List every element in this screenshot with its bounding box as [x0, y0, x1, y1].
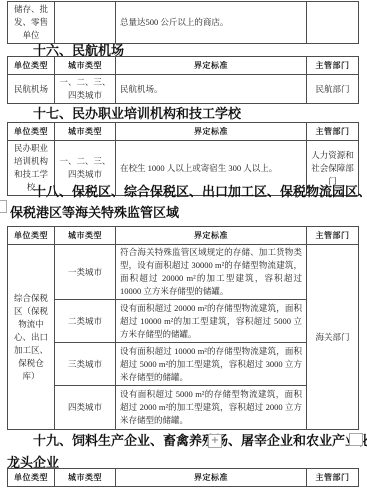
- header-city-type: 城市类型: [55, 57, 116, 75]
- header-standard: 界定标准: [116, 57, 307, 75]
- table-header-row: 单位类型 城市类型 界定标准 主管部门: [8, 123, 359, 141]
- previous-section-table: 储存、批发、零售单位 总量达500 公斤以上的商店。: [7, 1, 359, 44]
- cell-department: 民航部门: [307, 75, 359, 104]
- table-row: 民航机场 一、二、三、四类城市 民航机场。 民航部门: [8, 75, 359, 104]
- section-18-title-line1: 十八、保税区、综合保税区、出口加工区、保税物流园区、: [33, 184, 367, 199]
- section-19-table: 单位类型 城市类型 界定标准 主管部门: [7, 468, 359, 487]
- header-city-type: 城市类型: [55, 469, 116, 487]
- table-header-row: 单位类型 城市类型 界定标准 主管部门: [8, 57, 359, 75]
- cell-department: [307, 2, 359, 44]
- header-department: 主管部门: [307, 57, 359, 75]
- cell-unit-type: 储存、批发、零售单位: [8, 2, 55, 44]
- cell-city-type: 一类城市: [55, 245, 116, 300]
- cell-standard: 设有面积超过 20000 m²的存储型物流建筑，面积超过 10000 m²的加工…: [116, 300, 307, 343]
- section-16-table: 单位类型 城市类型 界定标准 主管部门 民航机场 一、二、三、四类城市 民航机场…: [7, 56, 359, 104]
- table-row: 二类城市 设有面积超过 20000 m²的存储型物流建筑，面积超过 10000 …: [8, 300, 359, 343]
- section-18-title-line2: 保税港区等海关特殊监管区域: [10, 205, 179, 220]
- document-page: 储存、批发、零售单位 总量达500 公斤以上的商店。 十六、民航机场 单位类型 …: [0, 0, 367, 491]
- table-header-row: 单位类型 城市类型 界定标准 主管部门: [8, 469, 359, 487]
- cell-standard: 设有面积超过 5000 m²的存储型物流建筑，面积超过 2000 m²的加工型建…: [116, 386, 307, 430]
- table-row: 四类城市 设有面积超过 5000 m²的存储型物流建筑，面积超过 2000 m²…: [8, 386, 359, 430]
- header-city-type: 城市类型: [55, 123, 116, 141]
- table-row: 储存、批发、零售单位 总量达500 公斤以上的商店。: [8, 2, 359, 44]
- table-row: 综合保税区（保税物流中心、出口加工区、保税仓库） 一类城市 符合海关特殊监管区域…: [8, 245, 359, 300]
- cell-city-type: 二类城市: [55, 300, 116, 343]
- section-17-title: 十七、民办职业培训机构和技工学校: [33, 106, 241, 121]
- header-unit-type: 单位类型: [8, 227, 55, 245]
- table-header-row: 单位类型 城市类型 界定标准 主管部门: [8, 227, 359, 245]
- cell-standard: 设有面积超过 10000 m²的存储型物流建筑，面积超过 5000 m²的加工型…: [116, 343, 307, 386]
- header-unit-type: 单位类型: [8, 57, 55, 75]
- cell-unit-type: 民航机场: [8, 75, 55, 104]
- expand-plus-button[interactable]: +: [208, 434, 222, 448]
- header-standard: 界定标准: [116, 123, 307, 141]
- cell-standard: 民航机场。: [116, 75, 307, 104]
- header-department: 主管部门: [307, 123, 359, 141]
- header-standard: 界定标准: [116, 227, 307, 245]
- cell-department: 海关部门: [307, 245, 359, 430]
- header-unit-type: 单位类型: [8, 469, 55, 487]
- table-row: 三类城市 设有面积超过 10000 m²的存储型物流建筑，面积超过 5000 m…: [8, 343, 359, 386]
- cell-city-type: 四类城市: [55, 386, 116, 430]
- header-standard: 界定标准: [116, 469, 307, 487]
- cell-standard: 符合海关特殊监管区域规定的存储、加工货物类型，设有面积超过 30000 m²的存…: [116, 245, 307, 300]
- header-city-type: 城市类型: [55, 227, 116, 245]
- end-of-line-marker-box: [349, 433, 363, 446]
- cell-standard: 总量达500 公斤以上的商店。: [116, 2, 307, 44]
- cell-unit-type: 综合保税区（保税物流中心、出口加工区、保税仓库）: [8, 245, 55, 430]
- margin-marker-box: [0, 200, 7, 213]
- cell-city-type: [55, 2, 116, 44]
- header-department: 主管部门: [307, 227, 359, 245]
- cell-city-type: 三类城市: [55, 343, 116, 386]
- cell-city-type: 一、二、三、四类城市: [55, 75, 116, 104]
- header-department: 主管部门: [307, 469, 359, 487]
- header-unit-type: 单位类型: [8, 123, 55, 141]
- section-18-table: 单位类型 城市类型 界定标准 主管部门 综合保税区（保税物流中心、出口加工区、保…: [7, 226, 359, 430]
- section-19-title-line1: 十九、饲料生产企业、畜禽养殖场、屠宰企业和农业产业化: [33, 433, 367, 448]
